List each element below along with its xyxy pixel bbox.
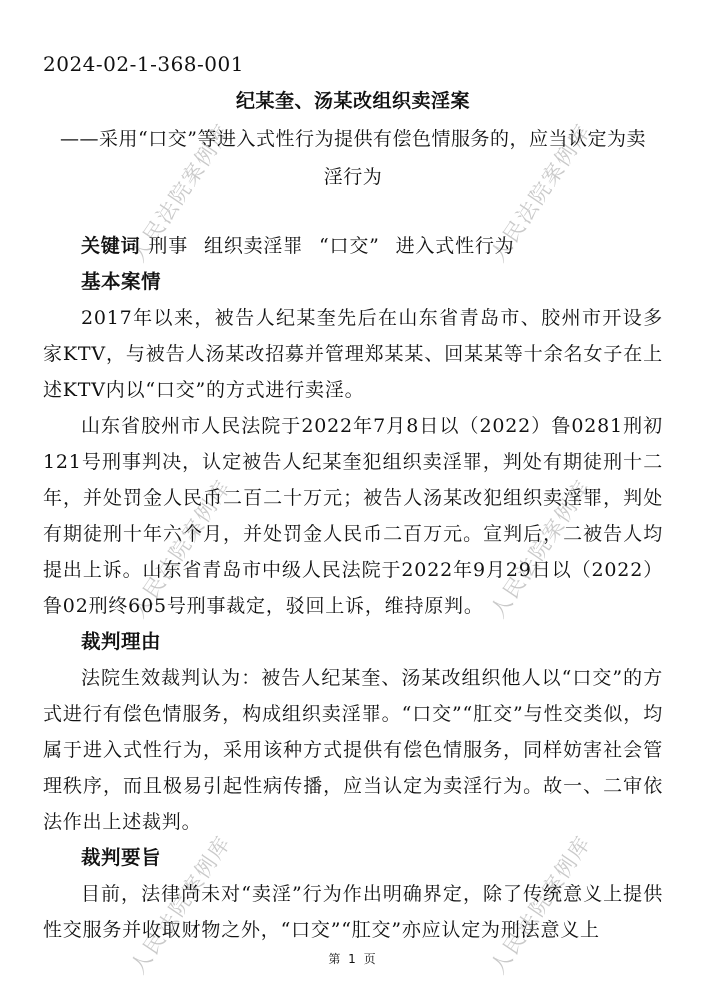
subtitle-line-1: ——采用“口交”等进入式性行为提供有偿色情服务的，应当认定为卖 — [43, 120, 663, 158]
keyword-term: 进入式性行为 — [396, 235, 515, 257]
document-page: 人民法院案例库 人民法院案例库 人民法院案例库 人民法院案例库 人民法院案例库 … — [0, 0, 706, 999]
paragraph: 目前，法律尚未对“卖淫”行为作出明确界定，除了传统意义上提供性交服务并收取财物之… — [43, 876, 663, 948]
keyword-term: 刑事 — [148, 235, 188, 257]
keyword-term: “口交” — [319, 235, 380, 257]
paragraph: 法院生效裁判认为：被告人纪某奎、汤某改组织他人以“口交”的方式进行有偿色情服务，… — [43, 660, 663, 840]
document-content: 2024-02-1-368-001 纪某奎、汤某改组织卖淫案 ——采用“口交”等… — [43, 0, 663, 948]
keyword-term: 组织卖淫罪 — [204, 235, 303, 257]
document-subtitle: ——采用“口交”等进入式性行为提供有偿色情服务的，应当认定为卖 淫行为 — [43, 120, 663, 196]
subtitle-line-2: 淫行为 — [43, 158, 663, 196]
document-body: 关键词刑事组织卖淫罪“口交”进入式性行为 基本案情 2017年以来，被告人纪某奎… — [43, 228, 663, 948]
keywords-label: 关键词 — [81, 235, 140, 257]
page-number: 第 1 页 — [0, 950, 706, 967]
case-number: 2024-02-1-368-001 — [43, 52, 663, 76]
section-heading-gist: 裁判要旨 — [43, 840, 663, 876]
keywords-line: 关键词刑事组织卖淫罪“口交”进入式性行为 — [43, 228, 663, 264]
paragraph: 2017年以来，被告人纪某奎先后在山东省青岛市、胶州市开设多家KTV，与被告人汤… — [43, 300, 663, 408]
page-title: 纪某奎、汤某改组织卖淫案 — [43, 86, 663, 116]
paragraph: 山东省胶州市人民法院于2022年7月8日以（2022）鲁0281刑初121号刑事… — [43, 408, 663, 624]
section-heading-basic-facts: 基本案情 — [43, 264, 663, 300]
section-heading-reasoning: 裁判理由 — [43, 624, 663, 660]
